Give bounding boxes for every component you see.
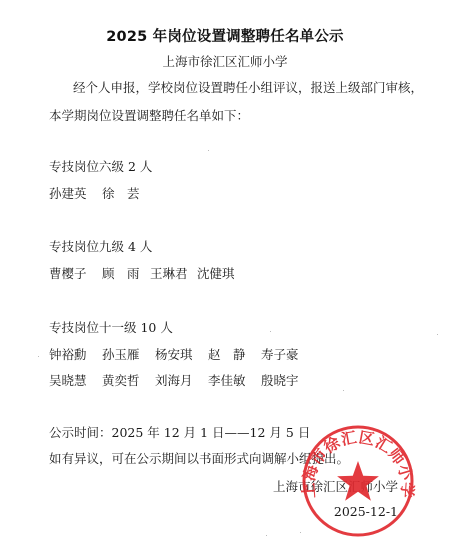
person-name: 杨安琪 bbox=[155, 347, 193, 363]
school-name-subtitle: 上海市徐汇区汇师小学 bbox=[0, 54, 450, 70]
person-name: 赵 静 bbox=[208, 347, 246, 363]
person-name: 李佳敏 bbox=[208, 373, 246, 389]
person-name: 徐 芸 bbox=[102, 186, 140, 202]
person-name: 沈健琪 bbox=[197, 266, 235, 282]
person-name: 孙玉雁 bbox=[102, 347, 140, 363]
signature-date: 2025-12-1 bbox=[334, 504, 398, 520]
person-name: 孙建英 bbox=[49, 186, 87, 202]
person-name: 寿子豪 bbox=[261, 347, 299, 363]
person-name: 顾 雨 bbox=[102, 266, 140, 282]
notice-period: 公示时间：2025 年 12 月 1 日——12 月 5 日 bbox=[49, 425, 310, 441]
person-name: 刘海月 bbox=[155, 373, 193, 389]
notice-objection: 如有异议，可在公示期间以书面形式向调解小组提出。 bbox=[49, 451, 349, 467]
document-title: 2025 年岗位设置调整聘任名单公示 bbox=[0, 28, 450, 46]
signature-school: 上海市徐汇区汇师小学 bbox=[273, 479, 398, 495]
section-heading-level-6: 专技岗位六级 2 人 bbox=[49, 159, 152, 175]
person-name: 黄奕哲 bbox=[102, 373, 140, 389]
section-heading-level-11: 专技岗位十一级 10 人 bbox=[49, 320, 173, 336]
person-name: 曹樱子 bbox=[49, 266, 87, 282]
person-name: 殷晓宇 bbox=[261, 373, 299, 389]
intro-line-1: 经个人申报，学校岗位设置聘任小组评议，报送上级部门审核， bbox=[73, 80, 423, 96]
section-heading-level-9: 专技岗位九级 4 人 bbox=[49, 239, 152, 255]
person-name: 王琳君 bbox=[150, 266, 188, 282]
person-name: 钟裕勳 bbox=[49, 347, 87, 363]
person-name: 吴晓慧 bbox=[49, 373, 87, 389]
intro-line-2: 本学期岗位设置调整聘任名单如下： bbox=[49, 108, 249, 124]
